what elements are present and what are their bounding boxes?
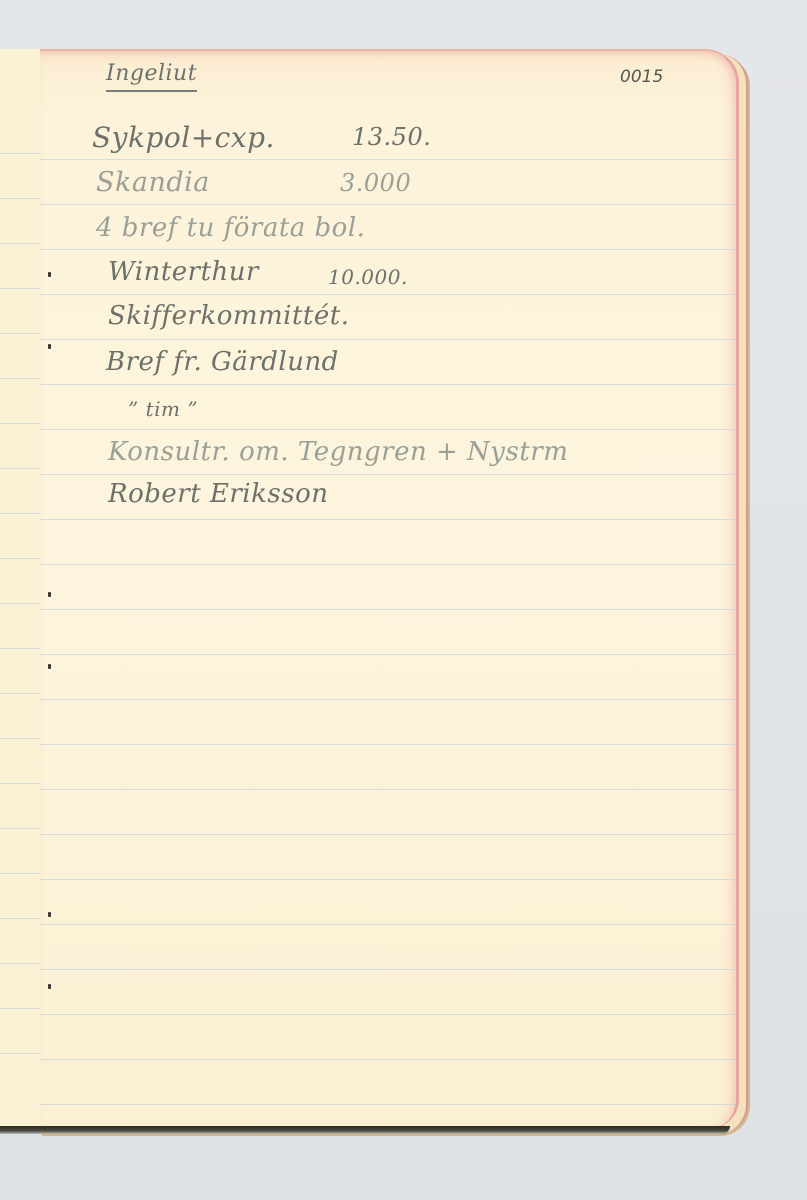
- rule-line: [40, 1014, 736, 1015]
- entry-text: Robert Eriksson: [108, 479, 328, 509]
- entry-amount: 13.50.: [352, 123, 431, 151]
- entry-text: ” tim ”: [128, 397, 198, 421]
- page-number: 0015: [620, 67, 663, 87]
- rule-line: [40, 924, 736, 925]
- entry-text: Konsultr. om. Tegngren + Nystrm: [108, 437, 568, 467]
- rule-line: [40, 879, 736, 880]
- entry-text: Sykpol+cxp.: [92, 121, 275, 154]
- spine-stitch: [48, 912, 51, 917]
- rule-line: [40, 1104, 736, 1105]
- rule-line: [40, 834, 736, 835]
- entry-text: Bref fr. Gärdlund: [106, 347, 339, 377]
- rule-line: [40, 474, 736, 475]
- entry-amount: 10.000.: [328, 265, 408, 289]
- spine-stitch: [48, 592, 51, 597]
- rule-line: [40, 204, 736, 205]
- entry-text: Skandia: [96, 167, 210, 198]
- rule-line: [40, 159, 736, 160]
- entry-text: Winterthur: [108, 257, 259, 287]
- rule-line: [40, 744, 736, 745]
- rule-line: [40, 699, 736, 700]
- rule-line: [40, 789, 736, 790]
- entry-text: Skifferkommittét.: [108, 301, 349, 331]
- rule-line: [40, 339, 736, 340]
- rule-line: [40, 564, 736, 565]
- rule-line: [40, 969, 736, 970]
- rule-line: [40, 384, 736, 385]
- spine-stitch: [48, 344, 51, 349]
- entry-amount: 3.000: [340, 169, 411, 197]
- spine-stitch: [48, 272, 51, 277]
- rule-line: [40, 249, 736, 250]
- entry-text: 4 bref tu förata bol.: [96, 213, 365, 243]
- spine-stitch: [48, 664, 51, 669]
- rule-line: [40, 1059, 736, 1060]
- rule-line: [40, 519, 736, 520]
- rule-line: [40, 294, 736, 295]
- notebook-page: 0015 Ingeliut Sykpol+cxp. 13.50. Skandia…: [40, 49, 739, 1129]
- page-bottom-edge: [0, 1126, 730, 1134]
- rule-line: [40, 609, 736, 610]
- rule-line: [40, 429, 736, 430]
- spine-stitch: [48, 984, 51, 989]
- page-heading: Ingeliut: [106, 61, 197, 92]
- rule-line: [40, 654, 736, 655]
